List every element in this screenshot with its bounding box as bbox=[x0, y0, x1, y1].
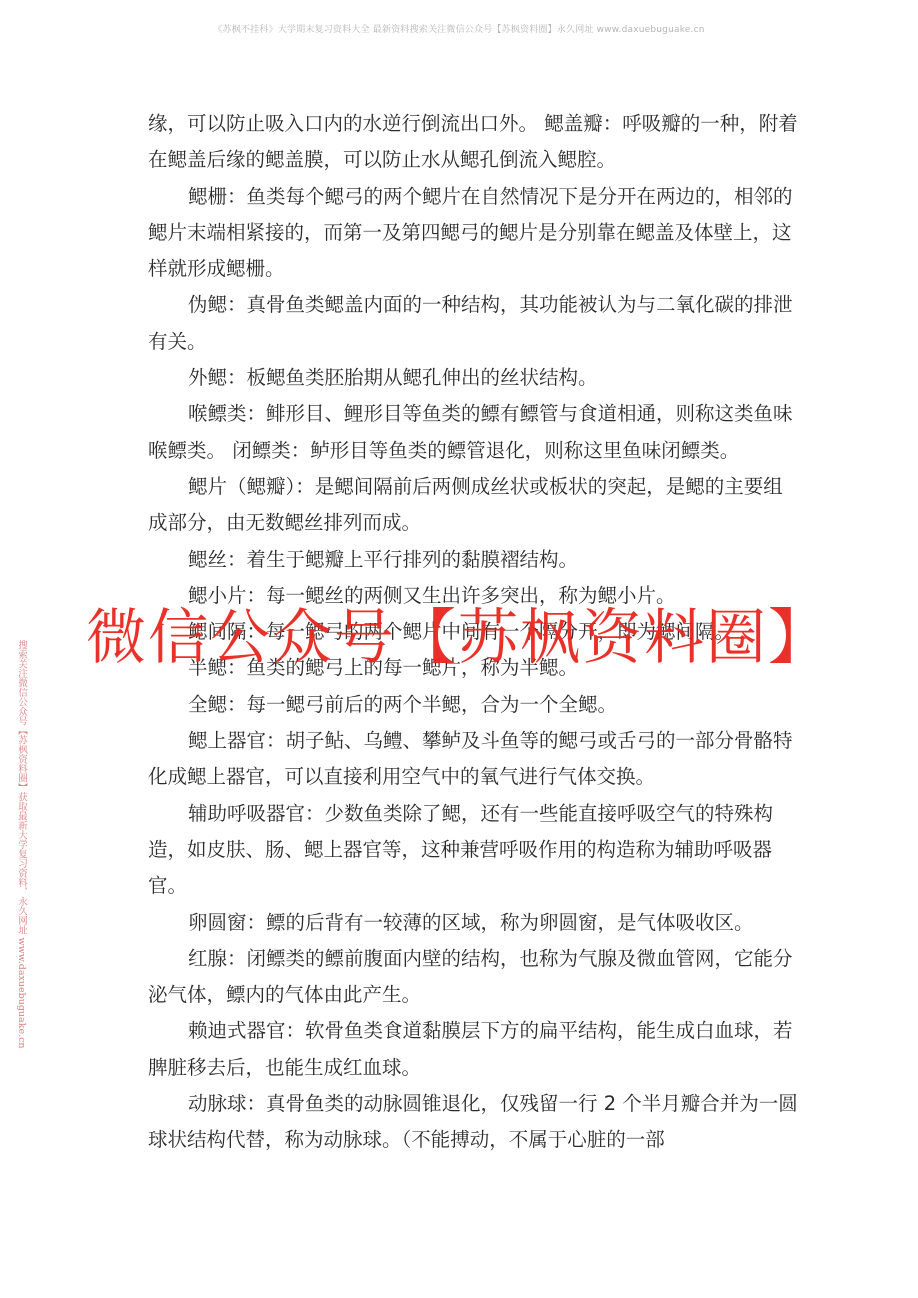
paragraph: 鳃丝：着生于鳃瓣上平行排列的黏膜褶结构。 bbox=[148, 542, 798, 578]
paragraph: 辅助呼吸器官：少数鱼类除了鳃，还有一些能直接呼吸空气的特殊构造，如皮肤、肠、鳃上… bbox=[148, 796, 798, 905]
paragraph: 伪鳃：真骨鱼类鳃盖内面的一种结构，其功能被认为与二氧化碳的排泄有关。 bbox=[148, 287, 798, 360]
paragraph: 鳃上器官：胡子鲇、乌鳢、攀鲈及斗鱼等的鳃弓或舌弓的一部分骨骼特化成鳃上器官，可以… bbox=[148, 723, 798, 796]
paragraph: 外鳃：板鳃鱼类胚胎期从鳃孔伸出的丝状结构。 bbox=[148, 360, 798, 396]
paragraph: 红腺：闭鳔类的鳔前腹面内壁的结构，也称为气腺及微血管网，它能分泌气体，鳔内的气体… bbox=[148, 941, 798, 1014]
paragraph: 全鳃：每一鳃弓前后的两个半鳃，合为一个全鳃。 bbox=[148, 687, 798, 723]
side-watermark: 搜索关注微信公众号【苏枫资料圈】获取最新大学复习资料，永久网址 www.daxu… bbox=[14, 640, 28, 1049]
paragraph: 赖迪式器官：软骨鱼类食道黏膜层下方的扁平结构，能生成白血球，若脾脏移去后，也能生… bbox=[148, 1013, 798, 1086]
paragraph: 卵圆窗：鳔的后背有一较薄的区域，称为卵圆窗，是气体吸收区。 bbox=[148, 905, 798, 941]
paragraph: 喉鳔类：鲱形目、鲤形目等鱼类的鳔有鳔管与食道相通，则称这类鱼味喉鳔类。 闭鳔类：… bbox=[148, 396, 798, 469]
paragraph: 缘，可以防止吸入口内的水逆行倒流出口外。 鳃盖瓣：呼吸瓣的一种，附着在鳃盖后缘的… bbox=[148, 106, 798, 179]
watermark-overlay: 微信公众号【苏枫资料圈】 bbox=[86, 598, 830, 678]
paragraph: 鳃片（鳃瓣）：是鳃间隔前后两侧成丝状或板状的突起，是鳃的主要组成部分，由无数鳃丝… bbox=[148, 469, 798, 542]
page-header: 《苏枫不挂科》大学期末复习资料大全 最新资料搜索关注微信公众号【苏枫资料圈】永久… bbox=[0, 22, 918, 35]
paragraph: 动脉球：真骨鱼类的动脉圆锥退化，仅残留一行 2 个半月瓣合并为一圆球状结构代替，… bbox=[148, 1086, 798, 1159]
paragraph: 鳃栅：鱼类每个鳃弓的两个鳃片在自然情况下是分开在两边的，相邻的鳃片末端相紧接的，… bbox=[148, 179, 798, 288]
